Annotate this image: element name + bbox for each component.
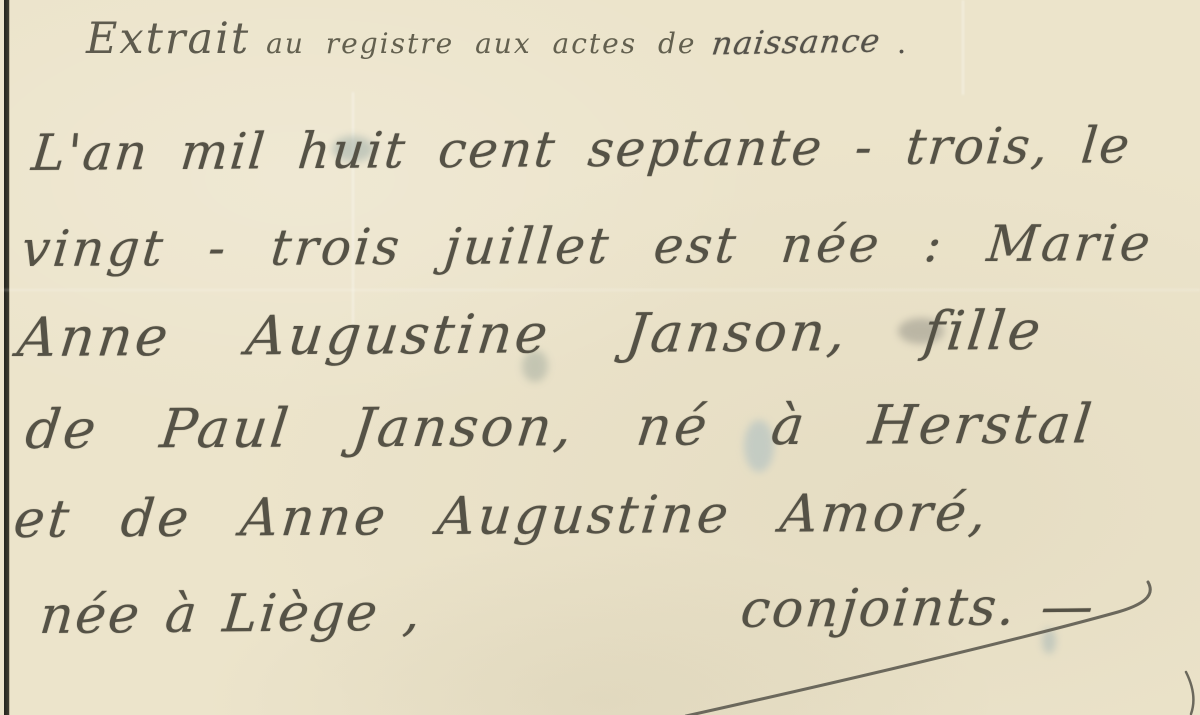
page-margin-line [4, 0, 9, 715]
printed-label-extrait: Extrait [86, 14, 250, 64]
handwritten-line-6: née à Liège , conjoints. — [37, 577, 1098, 646]
paper-crease [0, 289, 1200, 291]
flourish-tail-stroke [1186, 672, 1193, 714]
scanned-register-page: Extrait au registre aux actes de naissan… [0, 0, 1200, 715]
handwritten-line-2: vingt - trois juillet est née : Marie [19, 214, 1156, 278]
handwritten-line-5: et de Anne Augustine Amoré, [11, 483, 992, 550]
handwritten-line-1: L'an mil huit cent septante - trois, le [29, 116, 1134, 182]
register-header: Extrait au registre aux actes de naissan… [86, 14, 906, 64]
handwritten-record-type: naissance [710, 22, 883, 63]
paper-crease [962, 0, 964, 95]
header-period: . [897, 26, 907, 61]
printed-label-registre: au registre aux actes de [266, 27, 696, 60]
handwritten-line-3: Anne Augustine Janson, fille [14, 299, 1046, 369]
handwritten-line-4: de Paul Janson, né à Herstal [22, 392, 1097, 461]
